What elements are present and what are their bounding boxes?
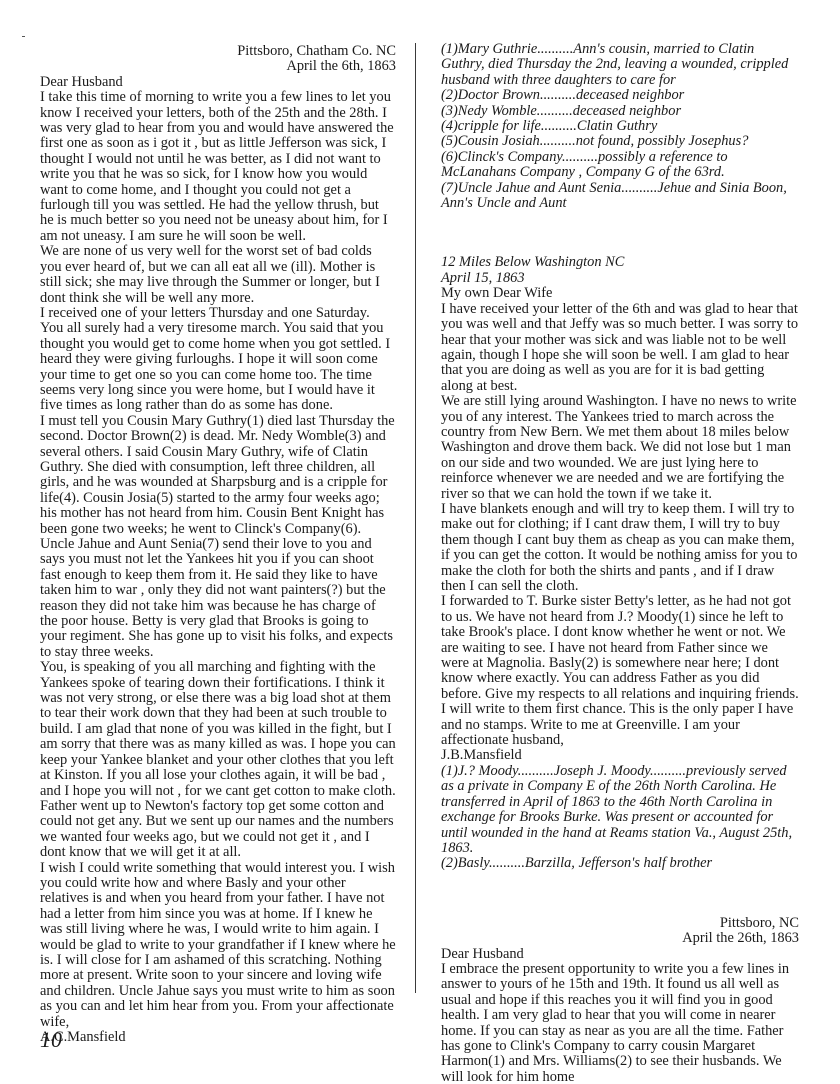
spacer bbox=[441, 211, 799, 255]
letter2-salutation: My own Dear Wife bbox=[441, 286, 799, 301]
spacer bbox=[441, 872, 799, 916]
letter1-date: April the 6th, 1863 bbox=[40, 59, 396, 74]
page-number: 10 bbox=[40, 1027, 62, 1053]
letter2-footnotes: (1)J.? Moody..........Joseph J. Moody...… bbox=[441, 764, 799, 872]
letter1-place: Pittsboro, Chatham Co. NC bbox=[40, 44, 396, 59]
letter2-paragraph: I have blankets enough and will try to k… bbox=[441, 502, 799, 594]
letter1-paragraph: I take this time of morning to write you… bbox=[40, 90, 396, 244]
footnote: (3)Nedy Womble..........deceased neighbo… bbox=[441, 104, 799, 119]
letter3-salutation: Dear Husband bbox=[441, 947, 799, 962]
letter1-paragraph: We are none of us very well for the wors… bbox=[40, 244, 396, 306]
letter3-paragraph: I embrace the present opportunity to wri… bbox=[441, 962, 799, 1084]
letter3-place: Pittsboro, NC bbox=[441, 916, 799, 931]
footnote: (1)Mary Guthrie..........Ann's cousin, m… bbox=[441, 42, 799, 88]
letter1-signature: A.C.Mansfield bbox=[40, 1030, 396, 1045]
left-column: Pittsboro, Chatham Co. NC April the 6th,… bbox=[40, 44, 396, 1045]
footnote: (7)Uncle Jahue and Aunt Senia..........J… bbox=[441, 181, 799, 212]
letter2-signature: J.B.Mansfield bbox=[441, 748, 799, 763]
footnote: (5)Cousin Josiah..........not found, pos… bbox=[441, 134, 799, 149]
letter2-paragraph: We are still lying around Washington. I … bbox=[441, 394, 799, 502]
column-divider bbox=[415, 43, 416, 993]
letter2-date: April 15, 1863 bbox=[441, 271, 799, 286]
letter2-paragraph: I forwarded to T. Burke sister Betty's l… bbox=[441, 594, 799, 748]
letter1-paragraph: I received one of your letters Thursday … bbox=[40, 306, 396, 414]
letter1-paragraph: I must tell you Cousin Mary Guthry(1) di… bbox=[40, 414, 396, 661]
letter2-place: 12 Miles Below Washington NC bbox=[441, 255, 799, 270]
footnote: (2)Doctor Brown..........deceased neighb… bbox=[441, 88, 799, 103]
letter1-salutation: Dear Husband bbox=[40, 75, 396, 90]
letter2-paragraph: I have received your letter of the 6th a… bbox=[441, 302, 799, 394]
footnote: (4)cripple for life..........Clatin Guth… bbox=[441, 119, 799, 134]
footnote: (6)Clinck's Company..........possibly a … bbox=[441, 150, 799, 181]
letter1-footnotes: (1)Mary Guthrie..........Ann's cousin, m… bbox=[441, 42, 799, 211]
footnote: (2)Basly..........Barzilla, Jefferson's … bbox=[441, 856, 799, 871]
footnote: (1)J.? Moody..........Joseph J. Moody...… bbox=[441, 764, 799, 856]
letter1-paragraph: You, is speaking of you all marching and… bbox=[40, 660, 396, 860]
scan-speck bbox=[22, 36, 25, 37]
right-column: (1)Mary Guthrie..........Ann's cousin, m… bbox=[441, 42, 799, 1084]
letter1-paragraph: I wish I could write something that woul… bbox=[40, 861, 396, 1030]
letter3-date: April the 26th, 1863 bbox=[441, 931, 799, 946]
